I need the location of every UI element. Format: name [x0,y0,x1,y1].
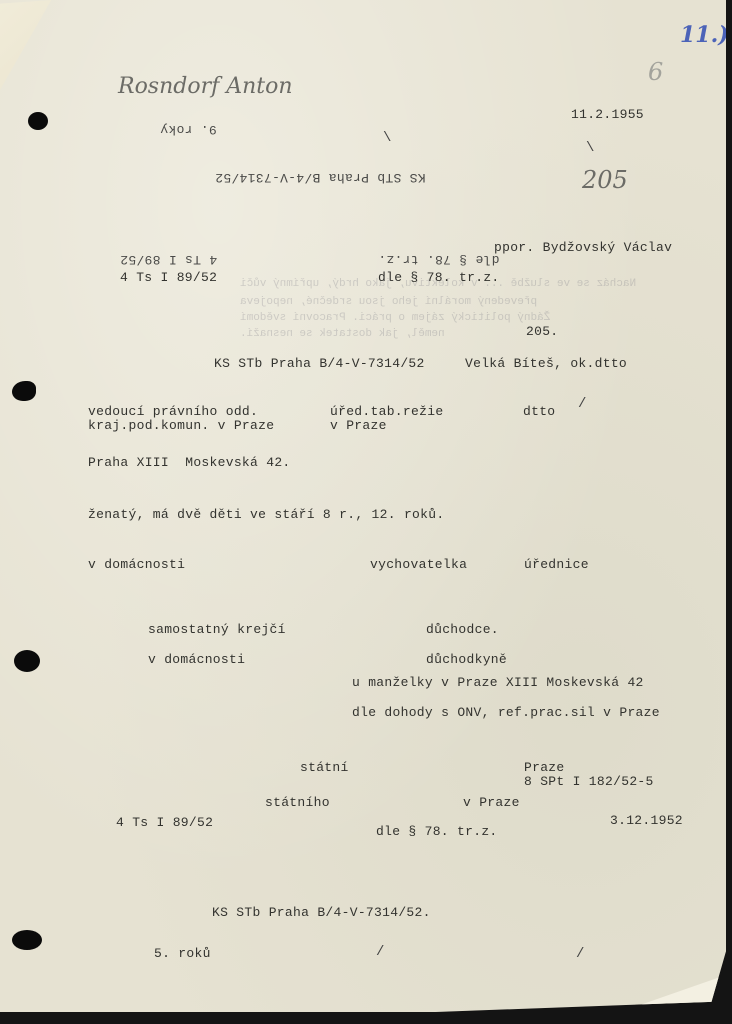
verdict-case-ref: KS STb Praha B/4-V-7314/52. [212,905,431,920]
relative-row1-col1: v domácnosti [88,557,185,572]
relative-row3-col2: důchodkyně [426,652,507,667]
mirrored-years: 9. roky [160,122,217,137]
bleed-through-line: Žádný politický zájem o práci. Pracovní … [240,312,550,324]
handwritten-name: Rosndorf Anton [118,74,293,99]
occupation-col2-line-2: v Praze [330,418,387,433]
mirrored-case-ref: KS STb Praha B/4-V-7314/52 [215,170,426,185]
verdict-state-genitive: státního [265,795,330,810]
officer-rank-name: ppor. Bydžovský Václav [494,240,672,255]
birthplace: Velká Bíteš, ok.dtto [465,356,627,371]
handwritten-file-number: 205 [582,166,628,194]
tick-mark: / [578,396,586,412]
verdict-state: státní [300,760,349,775]
punch-hole [12,930,42,950]
tick-mark: / [376,944,384,960]
verdict-date: 3.12.1952 [610,813,683,828]
court-ref: 4 Ts I 89/52 [120,270,217,285]
verdict-court-city: Praze [524,760,565,775]
tick-mark: \ [383,130,391,146]
folded-corner-bottom [620,975,726,1012]
record-number: 205. [526,324,558,339]
employment: dle dohody s ONV, ref.prac.sil v Praze [352,705,660,720]
tick-mark: / [576,946,584,962]
relative-row3-col1: v domácnosti [148,652,245,667]
mirrored-law-ref: dle § 78. tr.z. [378,252,500,267]
relative-row1-col3: úřednice [524,557,589,572]
address: Praha XIII Moskevská 42. [88,455,291,470]
family-status: ženatý, má dvě děti ve stáří 8 r., 12. r… [88,507,444,522]
document-date: 11.2.1955 [571,107,644,122]
handwritten-page-number: 11.) [680,22,729,48]
verdict-law: dle § 78. tr.z. [376,824,498,839]
law-ref: dle § 78. tr.z. [378,270,500,285]
occupation-line-2: kraj.pod.komun. v Praze [88,418,274,433]
occupation-col2-line-1: úřed.tab.režie [330,404,443,419]
relative-row2-col1: samostatný krejčí [148,622,286,637]
sentence-length: 5. roků [154,946,211,961]
folded-corner-top [0,0,54,90]
punch-hole [28,112,48,130]
case-ref: KS STb Praha B/4-V-7314/52 [214,356,425,371]
mirrored-court-ref: 4 Ts I 89/52 [120,252,217,267]
occupation-line-1: vedoucí právního odd. [88,404,258,419]
relative-row1-col2: vychovatelka [370,557,467,572]
pencil-number: 6 [648,58,663,86]
verdict-in-prague: v Praze [463,795,520,810]
relative-row2-col2: důchodce. [426,622,499,637]
verdict-court-ref: 8 SPt I 182/52-5 [524,774,654,789]
tick-mark: \ [586,140,594,156]
punch-hole [14,650,40,672]
verdict-ts-ref: 4 Ts I 89/52 [116,815,213,830]
residence: u manželky v Praze XIII Moskevská 42 [352,675,644,690]
bleed-through-line: převedený morální jeho jsou srdečné, nep… [240,296,537,308]
occupation-col3: dtto [523,404,555,419]
punch-hole [12,381,36,401]
bleed-through-line: neměl, jak dostatek se nesnaží. [240,328,445,340]
document-page: Nacház se ve službě ... v kolektivu, jak… [0,0,726,1012]
